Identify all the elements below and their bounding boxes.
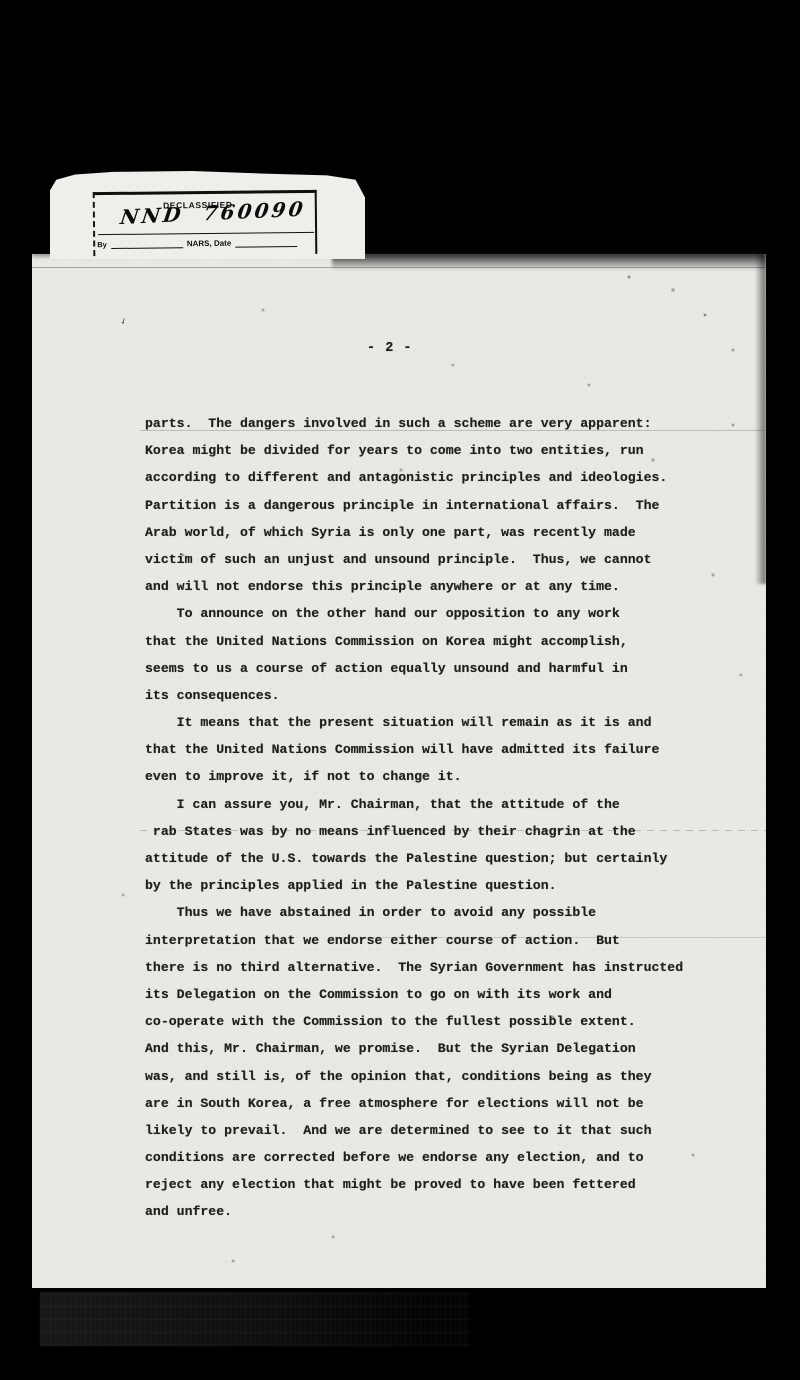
declassification-slip: DECLASSIFIED NND 760090 By NARS, Date bbox=[50, 171, 365, 259]
by-blank-line bbox=[111, 237, 183, 249]
typed-line: rab States was by no means influenced by… bbox=[145, 818, 745, 845]
typed-line: by the principles applied in the Palesti… bbox=[145, 872, 745, 899]
typed-line: that the United Nations Commission will … bbox=[145, 736, 745, 763]
typed-line: likely to prevail. And we are determined… bbox=[145, 1117, 745, 1144]
typed-line: attitude of the U.S. towards the Palesti… bbox=[145, 845, 745, 872]
typed-line: conditions are corrected before we endor… bbox=[145, 1144, 745, 1171]
declassification-stamp: DECLASSIFIED NND 760090 By NARS, Date bbox=[93, 190, 318, 256]
scan-background: ✓ - 2 - parts. The dangers involved in s… bbox=[0, 0, 800, 1380]
typed-line: I can assure you, Mr. Chairman, that the… bbox=[145, 791, 745, 818]
typed-line: seems to us a course of action equally u… bbox=[145, 655, 745, 682]
typed-line: was, and still is, of the opinion that, … bbox=[145, 1063, 745, 1090]
stamp-by-row: By NARS, Date bbox=[97, 236, 313, 249]
typed-line: To announce on the other hand our opposi… bbox=[145, 600, 745, 627]
document-page: ✓ - 2 - parts. The dangers involved in s… bbox=[32, 254, 766, 1288]
typed-line: victim of such an unjust and unsound pri… bbox=[145, 546, 745, 573]
typed-line: And this, Mr. Chairman, we promise. But … bbox=[145, 1035, 745, 1062]
typed-line: parts. The dangers involved in such a sc… bbox=[145, 410, 745, 437]
typed-line: Partition is a dangerous principle in in… bbox=[145, 492, 745, 519]
typed-line: interpretation that we endorse either co… bbox=[145, 927, 745, 954]
typed-line: according to different and antagonistic … bbox=[145, 464, 745, 491]
typed-text-block: parts. The dangers involved in such a sc… bbox=[145, 410, 745, 1226]
typed-line: and will not endorse this principle anyw… bbox=[145, 573, 745, 600]
stamp-rule-line bbox=[98, 232, 314, 235]
film-texture bbox=[40, 1292, 470, 1346]
by-label: By bbox=[97, 240, 107, 249]
typed-line: Korea might be divided for years to come… bbox=[145, 437, 745, 464]
scan-grain-top-right bbox=[332, 252, 766, 270]
scan-grain-right-edge bbox=[755, 254, 766, 584]
typed-line: co-operate with the Commission to the fu… bbox=[145, 1008, 745, 1035]
typed-line: It means that the present situation will… bbox=[145, 709, 745, 736]
typed-line: its consequences. bbox=[145, 682, 745, 709]
typed-line: reject any election that might be proved… bbox=[145, 1171, 745, 1198]
typed-line: its Delegation on the Commission to go o… bbox=[145, 981, 745, 1008]
typed-line: Thus we have abstained in order to avoid… bbox=[145, 899, 745, 926]
typed-line: there is no third alternative. The Syria… bbox=[145, 954, 745, 981]
typed-line: and unfree. bbox=[145, 1198, 745, 1225]
check-mark: ✓ bbox=[119, 316, 129, 328]
typed-line: even to improve it, if not to change it. bbox=[145, 763, 745, 790]
typed-line: Arab world, of which Syria is only one p… bbox=[145, 519, 745, 546]
typed-line: are in South Korea, a free atmosphere fo… bbox=[145, 1090, 745, 1117]
nars-date-label: NARS, Date bbox=[187, 239, 232, 248]
typed-line: that the United Nations Commission on Ko… bbox=[145, 628, 745, 655]
date-blank-line bbox=[235, 236, 297, 248]
page-number: - 2 - bbox=[367, 341, 413, 356]
scan-specks bbox=[32, 254, 34, 256]
